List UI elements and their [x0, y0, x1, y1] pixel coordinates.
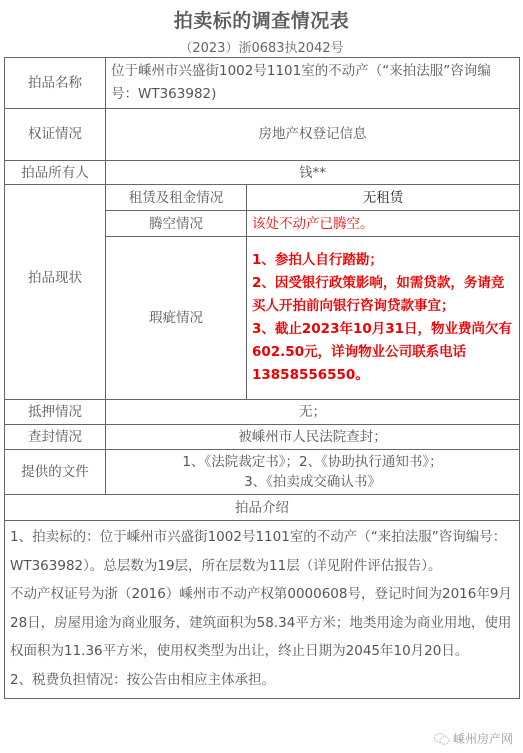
documents-line-2: 3、《拍卖成交确认书》: [111, 472, 514, 492]
lease-value: 无租赁: [247, 185, 520, 211]
defect-item: 2、因受银行政策影响，如需贷款，务请竞买人开拍前向银行咨询贷款事宜；: [252, 272, 514, 318]
row-intro-body: 1、拍卖标的：位于嵊州市兴盛街1002号1101室的不动产（“来拍法服”咨询编号…: [5, 521, 520, 699]
documents-line-1: 1、《法院裁定书》；2、《协助执行通知书》；: [111, 452, 514, 472]
page-title: 拍卖标的调查情况表: [0, 6, 523, 33]
row-intro-heading: 拍品介绍: [5, 495, 520, 521]
documents-value: 1、《法院裁定书》；2、《协助执行通知书》； 3、《拍卖成交确认书》: [106, 450, 520, 495]
watermark-text: 嵊州房产网: [453, 730, 513, 747]
vacancy-label: 腾空情况: [106, 211, 247, 237]
item-name-value: 位于嵊州市兴盛街1002号1101室的不动产（“来拍法服”咨询编号：WT3639…: [106, 58, 520, 109]
case-number: （2023）浙0683执2042号: [0, 37, 523, 56]
vacancy-value: 该处不动产已腾空。: [247, 211, 520, 237]
defect-item: 1、参拍人自行踏勘；: [252, 249, 514, 272]
mortgage-label: 抵押情况: [5, 400, 106, 425]
row-item-name: 拍品名称 位于嵊州市兴盛街1002号1101室的不动产（“来拍法服”咨询编号：W…: [5, 58, 520, 109]
owner-label: 拍品所有人: [5, 161, 106, 185]
row-title-cert: 权证情况 房地产权登记信息: [5, 109, 520, 161]
defects-value: 1、参拍人自行踏勘； 2、因受银行政策影响，如需贷款，务请竞买人开拍前向银行咨询…: [247, 237, 520, 400]
investigation-table: 拍品名称 位于嵊州市兴盛街1002号1101室的不动产（“来拍法服”咨询编号：W…: [4, 57, 520, 699]
row-documents: 提供的文件 1、《法院裁定书》；2、《协助执行通知书》； 3、《拍卖成交确认书》: [5, 450, 520, 495]
mortgage-value: 无；: [106, 400, 520, 425]
intro-paragraph-2: 不动产权证号为浙（2016）嵊州市不动产权第0000608号，登记时间为2016…: [10, 580, 514, 666]
documents-label: 提供的文件: [5, 450, 106, 495]
row-owner: 拍品所有人 钱**: [5, 161, 520, 185]
intro-heading: 拍品介绍: [5, 495, 520, 521]
watermark: 嵊州房产网: [434, 730, 513, 747]
lease-label: 租赁及租金情况: [106, 185, 247, 211]
row-mortgage: 抵押情况 无；: [5, 400, 520, 425]
title-cert-label: 权证情况: [5, 109, 106, 161]
status-label: 拍品现状: [5, 185, 106, 400]
intro-body: 1、拍卖标的：位于嵊州市兴盛街1002号1101室的不动产（“来拍法服”咨询编号…: [5, 521, 520, 699]
intro-paragraph-3: 2、税费负担情况：按公告由相应主体承担。: [10, 666, 514, 695]
seizure-label: 查封情况: [5, 425, 106, 450]
owner-value: 钱**: [106, 161, 520, 185]
item-name-label: 拍品名称: [5, 58, 106, 109]
seizure-value: 被嵊州市人民法院查封；: [106, 425, 520, 450]
row-lease: 拍品现状 租赁及租金情况 无租赁: [5, 185, 520, 211]
defect-item: 3、截止2023年10月31日，物业费尚欠有602.50元，详询物业公司联系电话…: [252, 318, 514, 387]
intro-paragraph-1: 1、拍卖标的：位于嵊州市兴盛街1002号1101室的不动产（“来拍法服”咨询编号…: [10, 523, 514, 580]
wechat-icon: [434, 732, 450, 746]
defects-label: 瑕疵情况: [106, 237, 247, 400]
row-seizure: 查封情况 被嵊州市人民法院查封；: [5, 425, 520, 450]
title-cert-value: 房地产权登记信息: [106, 109, 520, 161]
